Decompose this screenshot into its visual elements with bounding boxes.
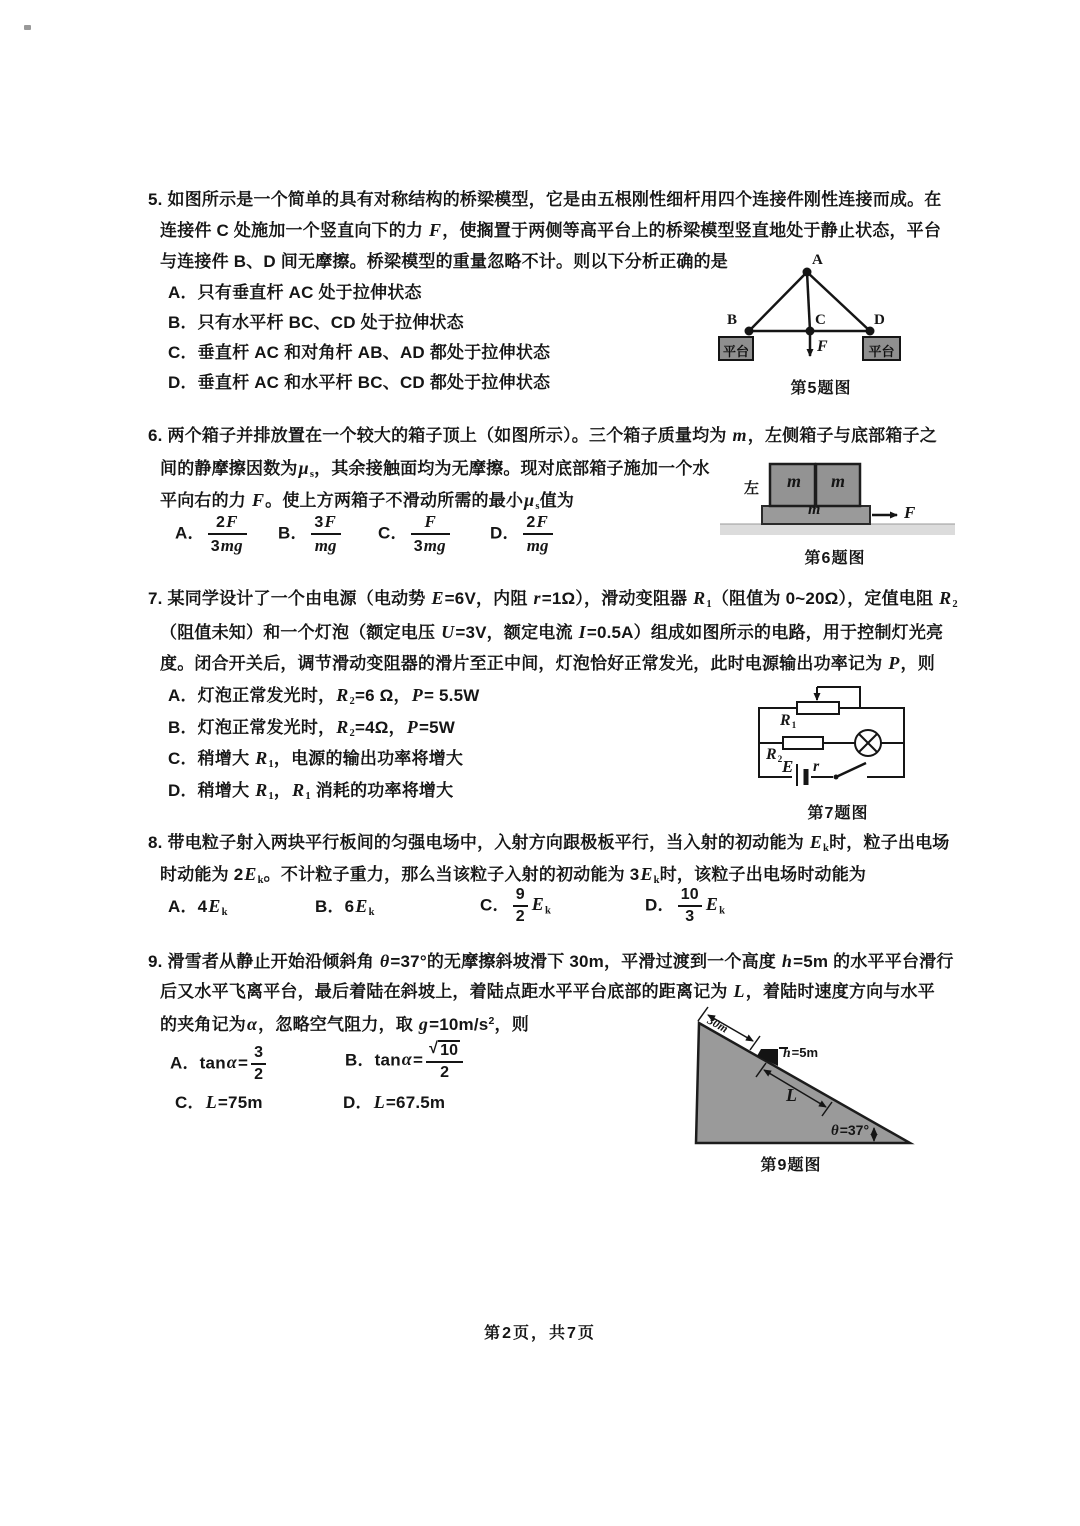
q5-option-c: C．垂直杆 AC 和对角杆 AB、AD 都处于拉伸状态: [168, 342, 550, 363]
q5-option-b: B．只有水平杆 BC、CD 处于拉伸状态: [168, 312, 464, 333]
q7-line-3: 度。闭合开关后，调节滑动变阻器的滑片至正中间，灯泡恰好正常发光，此时电源输出功率…: [160, 653, 935, 674]
q5-line-2: 连接件 C 处施加一个竖直向下的力 F，使搁置于两侧等高平台上的桥梁模型竖直地处…: [160, 220, 941, 241]
q8-line-1: 8. 带电粒子射入两块平行板间的匀强电场中，入射方向跟极板平行，当入射的初动能为…: [148, 832, 950, 859]
rod-ac: [807, 272, 810, 331]
joint-b: [745, 327, 754, 336]
ground: [720, 524, 955, 535]
q6-option-d: D．2Fmg: [490, 512, 556, 556]
slope-triangle: [696, 1023, 910, 1143]
q8-option-d: D．103Ek: [645, 886, 725, 926]
fig5-platform-left-label: 平台: [719, 341, 753, 360]
q9-option-b: B．tanα=√102: [345, 1040, 466, 1082]
q5-option-d: D．垂直杆 AC 和水平杆 BC、CD 都处于拉伸状态: [168, 372, 550, 393]
page-number: 第2页，共7页: [0, 1320, 1080, 1343]
q9-option-a: A．tanα=32: [170, 1044, 269, 1084]
q8-option-c: C．92Ek: [480, 886, 551, 926]
fig6-force-label: F: [903, 503, 916, 523]
fig6-mass-label-top-left: m: [786, 471, 802, 492]
q6-boxes-figure: [700, 455, 960, 540]
fig5-label-node-b: B: [727, 312, 737, 329]
q9-line-3: 的夹角记为α，忽略空气阻力，取 g=10m/s2，则: [160, 1011, 529, 1035]
q7-line-2: （阻值未知）和一个灯泡（额定电压 U=3V，额定电流 I=0.5A）组成如图所示…: [160, 622, 943, 643]
fig6-left-label: 左: [744, 477, 759, 498]
q6-line-1: 6. 两个箱子并排放置在一个较大的箱子顶上（如图所示）。三个箱子质量均为 m，左…: [148, 425, 937, 446]
exam-page: 5. 如图所示是一个简单的具有对称结构的桥梁模型，它是由五根刚性细杆用四个连接件…: [0, 0, 1080, 1526]
fig9-caption: 第9题图: [716, 1152, 866, 1175]
q7-line-1: 7. 某同学设计了一个由电源（电动势 E=6V，内阻 r=1Ω），滑动变阻器 R…: [148, 588, 958, 615]
q7-circuit-figure: [752, 678, 910, 786]
fig5-label-node-c: C: [815, 312, 826, 329]
scan-artifact: [24, 25, 31, 30]
fig5-caption: 第5题图: [746, 375, 896, 398]
joint-a: [803, 268, 812, 277]
rod-ab: [749, 272, 807, 331]
fig5-label-node-d: D: [874, 312, 885, 329]
q8-option-b: B．6Ek: [315, 896, 375, 923]
q8-option-a: A．4Ek: [168, 896, 228, 923]
fig7-emf-label: E: [781, 757, 794, 777]
q7-option-d: D．稍增大 R1，R1 消耗的功率将增大: [168, 780, 453, 807]
q7-option-c: C．稍增大 R1，电源的输出功率将增大: [168, 748, 463, 775]
resistor-r2: [783, 737, 823, 749]
q9-option-d: D．L=67.5m: [343, 1092, 445, 1113]
q5-line-1: 5. 如图所示是一个简单的具有对称结构的桥梁模型，它是由五根刚性细杆用四个连接件…: [148, 189, 942, 210]
fig9-distance-label: L: [785, 1085, 798, 1106]
q5-option-a: A．只有垂直杆 AC 处于拉伸状态: [168, 282, 422, 303]
fig7-internal-r-label: r: [812, 758, 820, 776]
q9-line-2: 后又水平飞离平台，最后着陆在斜坡上，着陆点距水平平台底部的距离记为 L，着陆时速…: [160, 981, 935, 1002]
rheostat-r1: [797, 702, 839, 714]
q6-line-2: 间的静摩擦因数为μs，其余接触面均为无摩擦。现对底部箱子施加一个水: [160, 458, 710, 485]
fig5-force-label: F: [816, 338, 829, 356]
q9-option-c: C．L=75m: [175, 1092, 263, 1113]
fig9-angle-label: θ=37°: [830, 1122, 869, 1140]
fig7-r1-label: R1: [779, 712, 796, 731]
fig5-label-node-a: A: [812, 252, 823, 269]
q6-option-a: A．2F3mg: [175, 512, 250, 556]
fig7-r2-label: R2: [765, 746, 782, 765]
q7-option-b: B．灯泡正常发光时，R2=4Ω，P=5W: [168, 717, 455, 744]
dim-tick-30m-start: [698, 1007, 708, 1021]
q6-option-b: B．3Fmg: [278, 512, 344, 556]
q9-line-1: 9. 滑雪者从静止开始沿倾斜角 θ=37°的无摩擦斜坡滑下 30m，平滑过渡到一…: [148, 951, 954, 972]
q6-option-c: C．F3mg: [378, 512, 453, 556]
q5-line-3: 与连接件 B、D 间无摩擦。桥梁模型的重量忽略不计。则以下分析正确的是: [160, 251, 728, 272]
fig6-caption: 第6题图: [760, 545, 910, 568]
fig6-mass-label-top-right: m: [830, 471, 846, 492]
q7-option-a: A．灯泡正常发光时，R2=6 Ω，P= 5.5W: [168, 685, 479, 712]
fig6-mass-label-bottom: m: [807, 501, 821, 519]
fig5-platform-right-label: 平台: [863, 341, 900, 360]
fig9-height-label: h=5m: [782, 1045, 818, 1061]
fig7-caption: 第7题图: [763, 800, 913, 823]
dim-tick-30m-end: [750, 1036, 760, 1050]
